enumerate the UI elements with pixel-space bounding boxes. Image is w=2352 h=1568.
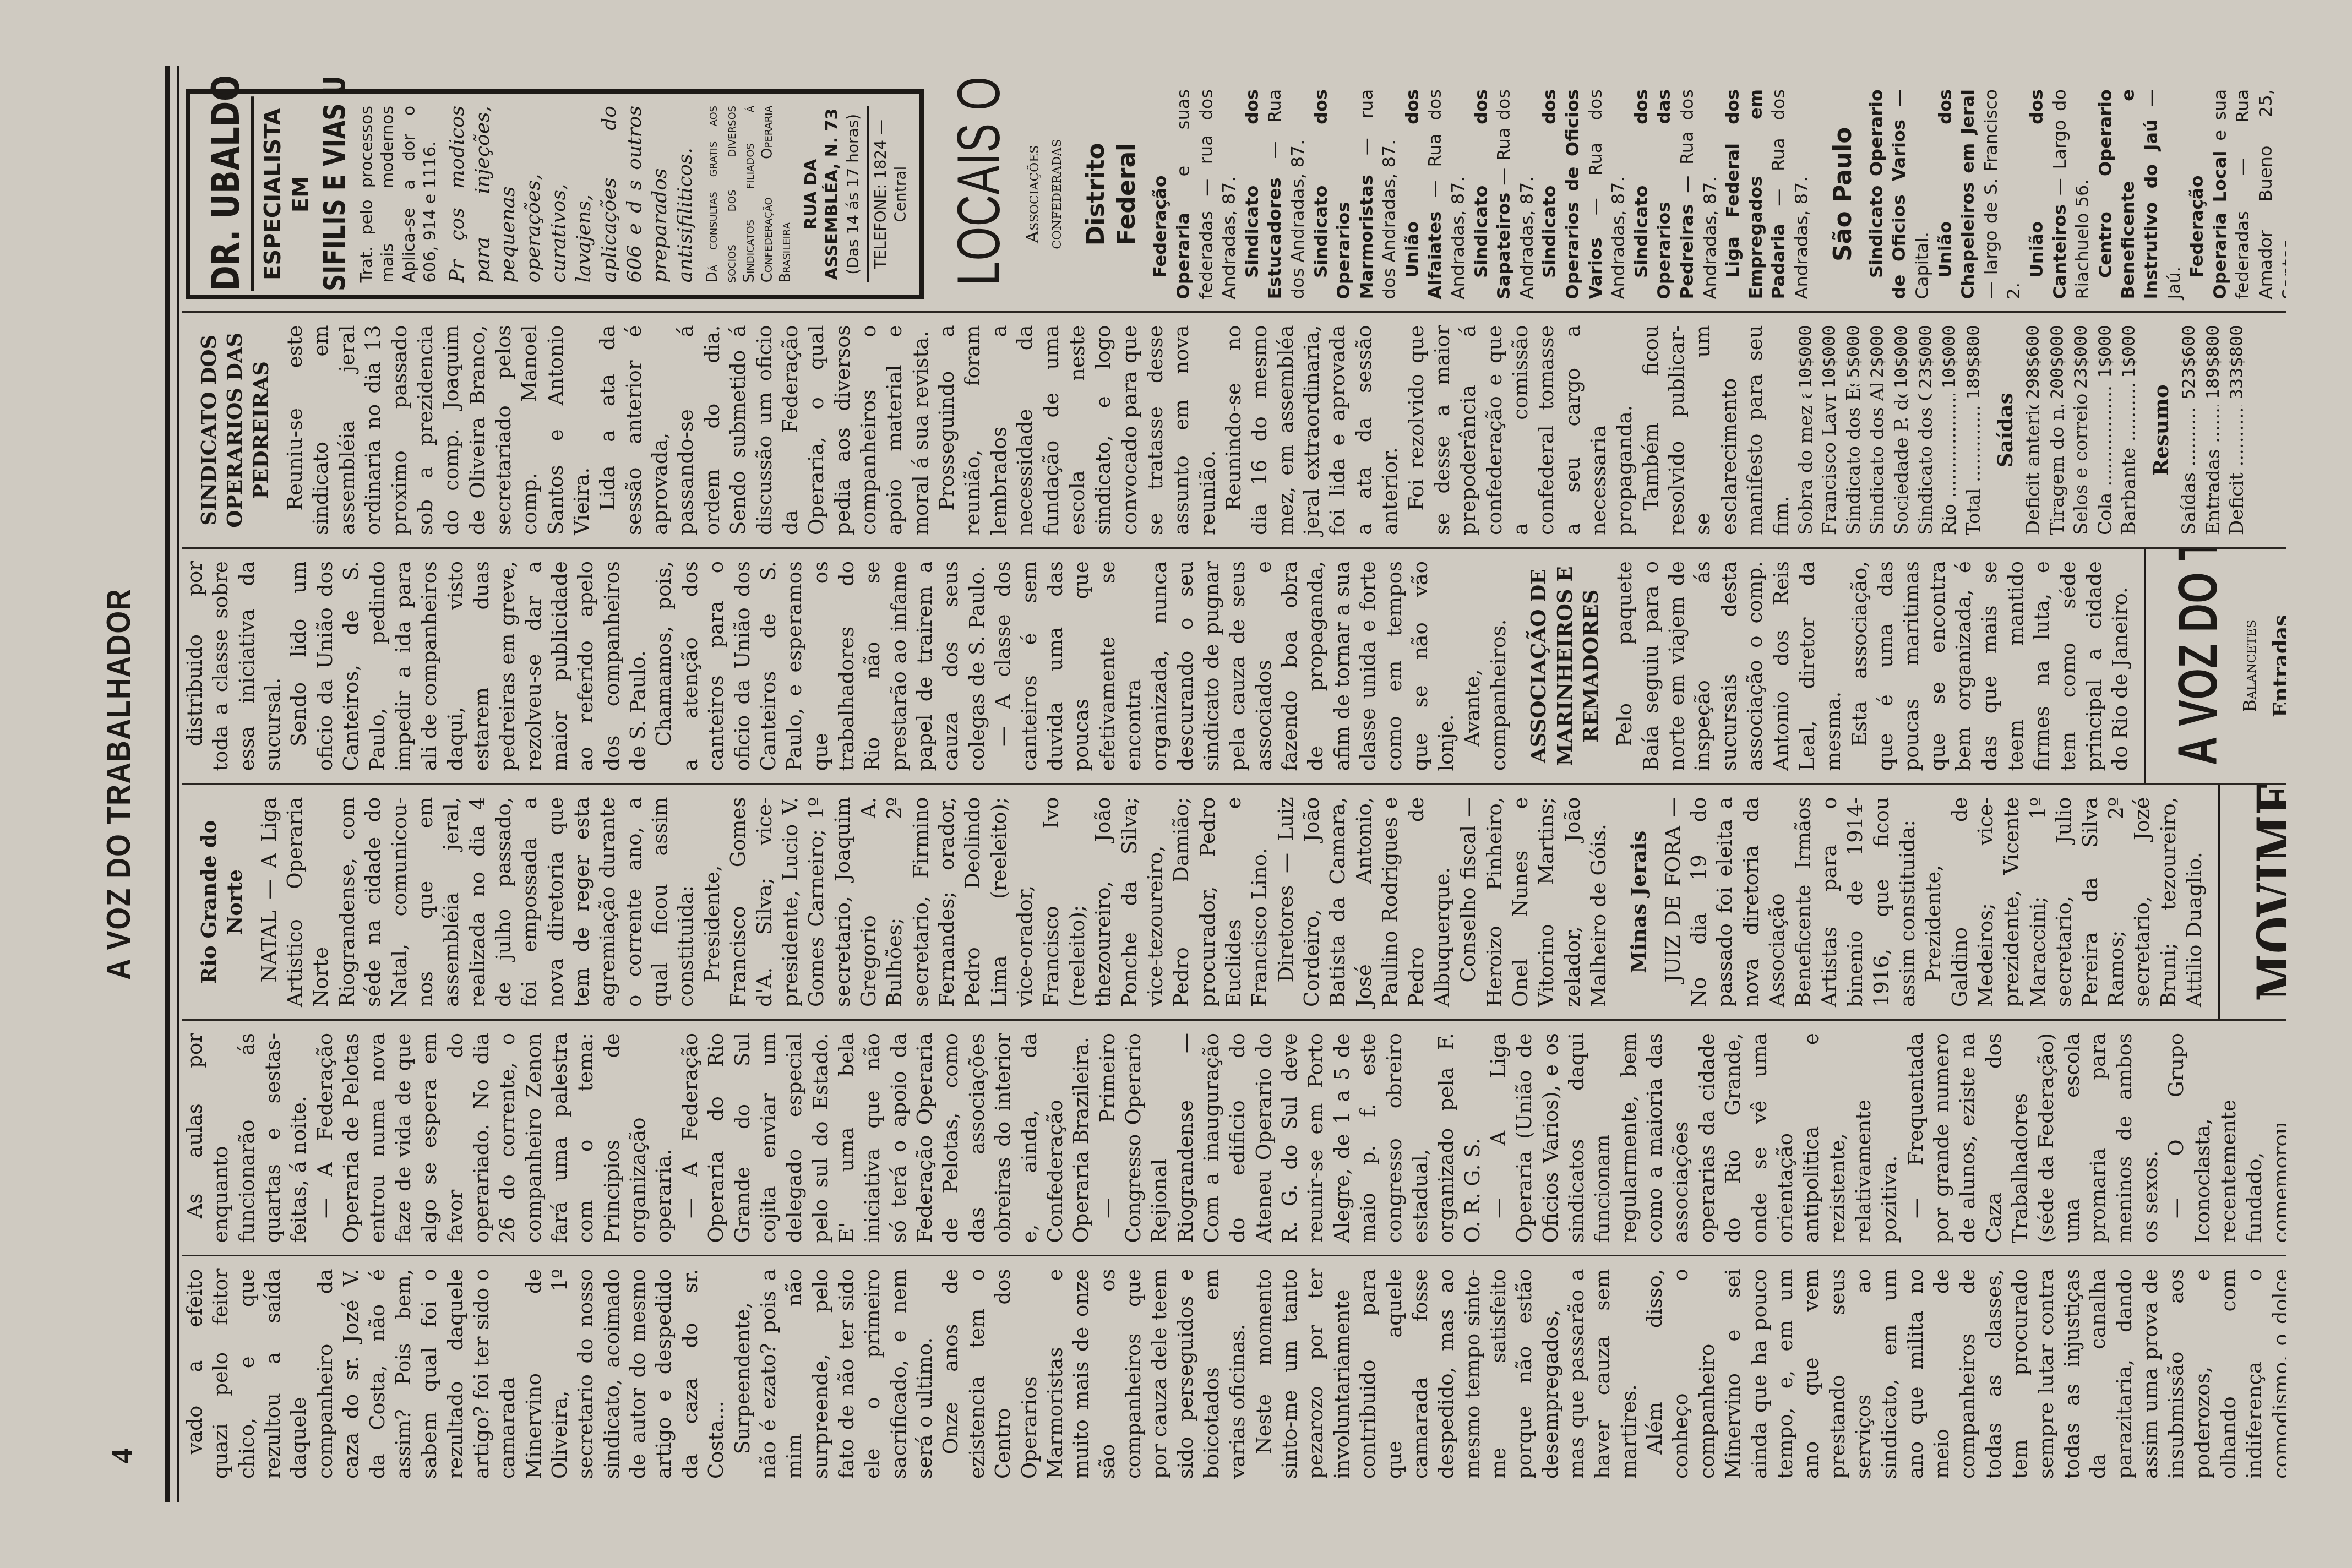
column-5: SINDICATO DOS OPERARIOS DAS PEDREIRAS Re…: [182, 313, 2286, 549]
ledger-label: Sobra do mez anterior ..................…: [1794, 394, 1819, 535]
saidas-ledger: Deficit anterior .......................…: [2022, 325, 2142, 536]
ledger-row: Selos e correio dos ns. 58 e 59 ........…: [2070, 325, 2094, 536]
ad-prices: Pr ços modicos para injeções, pequenas o…: [445, 106, 699, 283]
ledger-amount: 5$000: [1842, 325, 1866, 384]
ledger-amount: 200$000: [2046, 325, 2070, 405]
balancetes-label: Balancetes: [2239, 561, 2261, 771]
paragraph: Onze anos de ezistencia tem o Centro dos…: [938, 1269, 1250, 1479]
state-heading: Distrito Federal: [1081, 89, 1143, 300]
ledger-row: Barbante ...............................…: [2117, 325, 2142, 536]
ledger-amount: 23$000: [1914, 325, 1939, 395]
paragraph: Conselho fiscal — Heroizo Pinheiro, Onel…: [1455, 797, 1611, 1008]
ad-hours: (Das 14 ás 17 horas): [843, 106, 863, 283]
ledger-label: Total ..................................…: [1962, 405, 1986, 535]
ledger-label: Saídas .................................…: [2177, 405, 2202, 535]
ledger-amount: 10$000: [1818, 325, 1842, 395]
ledger-amount: 23$000: [2070, 325, 2094, 395]
locais-subtitle: Associações confederadas: [1021, 89, 1066, 300]
directory-entry: Sindicato dos Operarios Marmoristas — ru…: [1310, 89, 1401, 300]
ledger-amount: 10$000: [1938, 325, 1962, 395]
ledger-label: Sociedade P. dos T. em F. de T. ........…: [1890, 394, 1914, 535]
ledger-row: Total ..................................…: [1962, 325, 1986, 536]
ad-treatment: Trat. pelo processos mais modernos Aplic…: [357, 106, 442, 283]
subsection-minas-jerais: Minas Jerais: [1626, 797, 1652, 1008]
ledger-label: Deficit ................................…: [2225, 405, 2250, 535]
locais-directory: Distrito FederalFederação Operaria e sua…: [1081, 89, 2286, 300]
ledger-row: Francisco Lavras Junior ................…: [1818, 325, 1842, 536]
ad-doctor-name: DR. UBALDO VEIGA: [202, 97, 254, 291]
ad-prices-text: Pr ços modicos para injeções, pequenas o…: [446, 106, 697, 283]
ledger-amount: 189$800: [2202, 325, 2226, 405]
ledger-row: Entradas ...............................…: [2202, 325, 2226, 536]
canteiros-article-body: distribuido por toda a classe sobre essa…: [182, 561, 1511, 771]
ledger-label: Cola ...................................…: [2094, 384, 2118, 535]
ledger-label: Sindicato dos Carpinteiros .............…: [1914, 394, 1939, 535]
ad-address: RUA DA ASSEMBLÉA, N. 73: [801, 106, 843, 283]
ad-specialty-detail: SIFILIS E VIAS URINARIAS: [315, 97, 353, 291]
ledger-amount: 333$800: [2225, 325, 2250, 405]
ledger-label: Sindicato dos Alfaiates ................…: [1866, 384, 1890, 535]
paragraph: JUIZ DE FORA — No dia 19 do passado foi …: [1660, 797, 1921, 1008]
ledger-label: Tiragem do n. 60 .......................…: [2046, 405, 2070, 535]
organization-name: União dos Chapeleiros em Jeral: [1935, 89, 1979, 300]
column-4: distribuido por toda a classe sobre essa…: [182, 549, 2286, 785]
article-title-marinheiros: ASSOCIAÇÃO DE MARINHEIROS E REMADORES: [1526, 561, 1604, 771]
ledger-row: Sobra do mez anterior ..................…: [1794, 325, 1819, 536]
directory-entry: União dos Alfaiates — Rua dos Andradas, …: [1401, 89, 1470, 300]
column-2: As aulas por enquanto funcionarão ás qua…: [182, 1021, 2286, 1257]
directory-entry: Centro Operario Beneficente e Instrutivo…: [2094, 89, 2186, 300]
ledger-row: Deficit ................................…: [2225, 325, 2250, 536]
directory-entry: Federação Operaria e suas federadas — ru…: [1149, 89, 1240, 300]
ad-phone: TELEFONE: 1824 — Central: [867, 106, 911, 283]
paragraph: Pelo paquete Baía seguiu para o norte em…: [1611, 561, 1846, 771]
ledger-label: Sindicato dos Estivadores, Recife ......…: [1842, 384, 1866, 535]
paragraph: Surpeendente, não é ezato? pois a mim nã…: [729, 1269, 938, 1479]
paragraph: As aulas por enquanto funcionarão ás qua…: [182, 1033, 312, 1243]
ledger-label: Entradas ...............................…: [2202, 405, 2226, 535]
paragraph: Prosseguindo a reunião, foram lembrados …: [934, 325, 1221, 536]
ledger-amount: 2$000: [1866, 325, 1890, 384]
paragraph: — Primeiro Congresso Operario Rejional R…: [1095, 1033, 1485, 1243]
ledger-entries: Sobra do mez anterior ..................…: [1794, 325, 1986, 536]
paragraph: Esta associação, que é uma das poucas ma…: [1847, 561, 2133, 771]
newspaper-page-rotated: 4 A VOZ DO TRABALHADOR vado a efeito qua…: [0, 0, 2352, 1568]
section-title-a-voz-do-trabalhador: A VOZ DO TRABALHADOR: [2163, 567, 2233, 765]
paragraph: Reunindo-se no dia 16 do mesmo mez, em a…: [1221, 325, 1403, 536]
column-6: DR. UBALDO VEIGA ESPECIALISTA EM SIFILIS…: [182, 77, 2286, 313]
directory-entry: União dos Chapeleiros em Jeral — largo d…: [1934, 89, 2026, 300]
ledger-amount: 1$000: [2094, 325, 2118, 384]
paragraph: — Frequentada por grande numero de aluno…: [1903, 1033, 2164, 1243]
section-title-locais-operarios: LOCAIS OPERARIOS: [940, 103, 1018, 286]
ledger-amount: 523$600: [2177, 325, 2202, 405]
page-number: 4: [105, 1449, 139, 1463]
paragraph: — A Federação Operaria do Rio Grande do …: [677, 1033, 1095, 1243]
saidas-label: Saídas: [1992, 325, 2018, 536]
section-title-movimento-associativo: MOVIMENTO ASSOCIATIVO: [2242, 803, 2286, 1001]
organization-address: — largo de S. Francisco 2.: [1980, 89, 2024, 300]
entradas-label: Entradas: [2268, 561, 2286, 771]
article-marmoristas-continuation: vado a efeito quazi pelo feitor chico, e…: [182, 1269, 2286, 1479]
ledger-row: Deficit anterior .......................…: [2022, 325, 2046, 536]
ledger-label: Francisco Lavras Junior ................…: [1818, 394, 1842, 535]
state-heading: São Paulo: [1828, 89, 1859, 300]
ledger-amount: 189$800: [1962, 325, 1986, 405]
ledger-row: Sindicato dos Alfaiates ................…: [1866, 325, 1890, 536]
directory-entry: Sindicato dos Operarios de Oficios Vario…: [1538, 89, 1630, 300]
divider: [2218, 785, 2220, 1020]
advertisement-dr-ubaldo-veiga: DR. UBALDO VEIGA ESPECIALISTA EM SIFILIS…: [186, 89, 924, 300]
ledger-row: Tiragem do n. 60 .......................…: [2046, 325, 2070, 536]
directory-entry: Sindicato dos Operarios das Pedreiras — …: [1630, 89, 1722, 300]
organization-name: Centro Operario Beneficente e Instrutivo…: [2095, 89, 2162, 300]
article-title-pedreiras: SINDICATO DOS OPERARIOS DAS PEDREIRAS: [196, 325, 274, 536]
marinheiros-body: Pelo paquete Baía seguiu para o norte em…: [1611, 561, 2133, 771]
paragraph: Sendo lido um oficio da União dos Cantei…: [286, 561, 651, 771]
ledger-amount: 10$000: [1890, 325, 1914, 395]
header-double-rule: [165, 66, 179, 1502]
page-header: 4 A VOZ DO TRABALHADOR: [83, 83, 143, 1485]
paragraph: Além disso, conheço o companheiro Minerv…: [1642, 1269, 2286, 1479]
running-head: A VOZ DO TRABALHADOR: [99, 188, 138, 1380]
ledger-label: Barbante ...............................…: [2117, 384, 2142, 535]
ledger-amount: 10$000: [1794, 325, 1819, 395]
directory-entry: Sindicato Operario de Oficios Varios — C…: [1865, 89, 1934, 300]
rio-grande-do-norte-body: NATAL — A Liga Artistico Operaria Norte …: [256, 797, 1612, 1008]
paragraph: Chamamos, pois, a atenção dos canteiros …: [651, 561, 990, 771]
ledger-row: Saídas .................................…: [2177, 325, 2202, 536]
ad-specialty: ESPECIALISTA EM: [259, 106, 315, 283]
columns: vado a efeito quazi pelo feitor chico, e…: [182, 77, 2286, 1491]
directory-entry: Sindicato dos Estucadores — Rua dos Andr…: [1241, 89, 1310, 300]
directory-entry: Liga Federal dos Empregados em Padaria —…: [1722, 89, 1813, 300]
organization-name: Sindicato Operario de Oficios Varios: [1866, 89, 1910, 300]
paragraph: — A Federação Operaria de Pelotas entrou…: [312, 1033, 677, 1243]
directory-entry: União dos Canteiros — Largo do Riachuelo…: [2026, 89, 2094, 300]
paragraph: Neste momento sinto-me um tanto pezarozo…: [1251, 1269, 1642, 1479]
divider: [2144, 549, 2146, 783]
scanned-newspaper-page: 4 A VOZ DO TRABALHADOR vado a efeito qua…: [0, 0, 2352, 1568]
paragraph: Também ficou resolvido publicar-se um es…: [1638, 325, 1794, 536]
ledger-row: Cola ...................................…: [2094, 325, 2118, 536]
paragraph: vado a efeito quazi pelo feitor chico, e…: [182, 1269, 729, 1479]
resumo-label: Resumo: [2148, 325, 2174, 536]
ledger-label: Rio ....................................…: [1938, 394, 1962, 535]
subsection-rio-grande-do-norte: Rio Grande do Norte: [196, 797, 248, 1008]
resumo-ledger: Saídas .................................…: [2177, 325, 2250, 536]
ad-free-consults: Dá consultas gratis aos socios dos diver…: [704, 106, 795, 283]
column-3: Rio Grande do Norte NATAL — A Liga Artis…: [182, 785, 2286, 1021]
paragraph: — A classe dos canteiros é sem duvida um…: [990, 561, 1459, 771]
paragraph: Foi rezolvido que se desse a maior prepo…: [1403, 325, 1638, 536]
paragraph: Presidente, Francisco Gomes d'A. Silva; …: [699, 797, 1273, 1008]
directory-entry: Sindicato dos Sapateiros — Rua dos Andra…: [1470, 89, 1539, 300]
paragraph: Prezidente, Galdino de Medeiros; vice-pr…: [1920, 797, 2207, 1008]
paragraph: NATAL — A Liga Artistico Operaria Norte …: [256, 797, 699, 1008]
ledger-row: Sociedade P. dos T. em F. de T. ........…: [1890, 325, 1914, 536]
paragraph: Lida a ata da sessão anterior é aprovada…: [595, 325, 934, 536]
minas-jerais-body: JUIZ DE FORA — No dia 19 do passado foi …: [1660, 797, 2208, 1008]
paragraph: — A Liga Operaria (União de Oficios Vari…: [1485, 1033, 1903, 1243]
column-1: vado a efeito quazi pelo feitor chico, e…: [182, 1257, 2286, 1491]
ledger-label: Deficit anterior .......................…: [2022, 405, 2046, 535]
organization-name: Federação Operaria Local: [2186, 150, 2230, 299]
paragraph: distribuido por toda a classe sobre essa…: [182, 561, 286, 771]
directory-entry: Federação Operaria Local e sua federadas…: [2186, 89, 2286, 300]
paragraph: — O Grupo Iconoclasta, recentemente fund…: [2163, 1033, 2286, 1243]
paragraph: Avante, companheiros.: [1460, 561, 1512, 771]
ledger-row: Rio ....................................…: [1938, 325, 1962, 536]
paragraph: Diretores — Luiz Cordeiro, João Batista …: [1273, 797, 1456, 1008]
paragraph: Reuniu-se este sindicato em assembléia j…: [282, 325, 595, 536]
ledger-amount: 1$000: [2117, 325, 2142, 384]
ledger-row: Sindicato dos Carpinteiros .............…: [1914, 325, 1939, 536]
ledger-label: Selos e correio dos ns. 58 e 59 ........…: [2070, 394, 2094, 535]
notas-gauchas-continuation: As aulas por enquanto funcionarão ás qua…: [182, 1033, 2286, 1243]
pedreiras-body: Reuniu-se este sindicato em assembléia j…: [282, 325, 1794, 536]
ledger-row: Sindicato dos Estivadores, Recife ......…: [1842, 325, 1866, 536]
ledger-amount: 298$600: [2022, 325, 2046, 405]
